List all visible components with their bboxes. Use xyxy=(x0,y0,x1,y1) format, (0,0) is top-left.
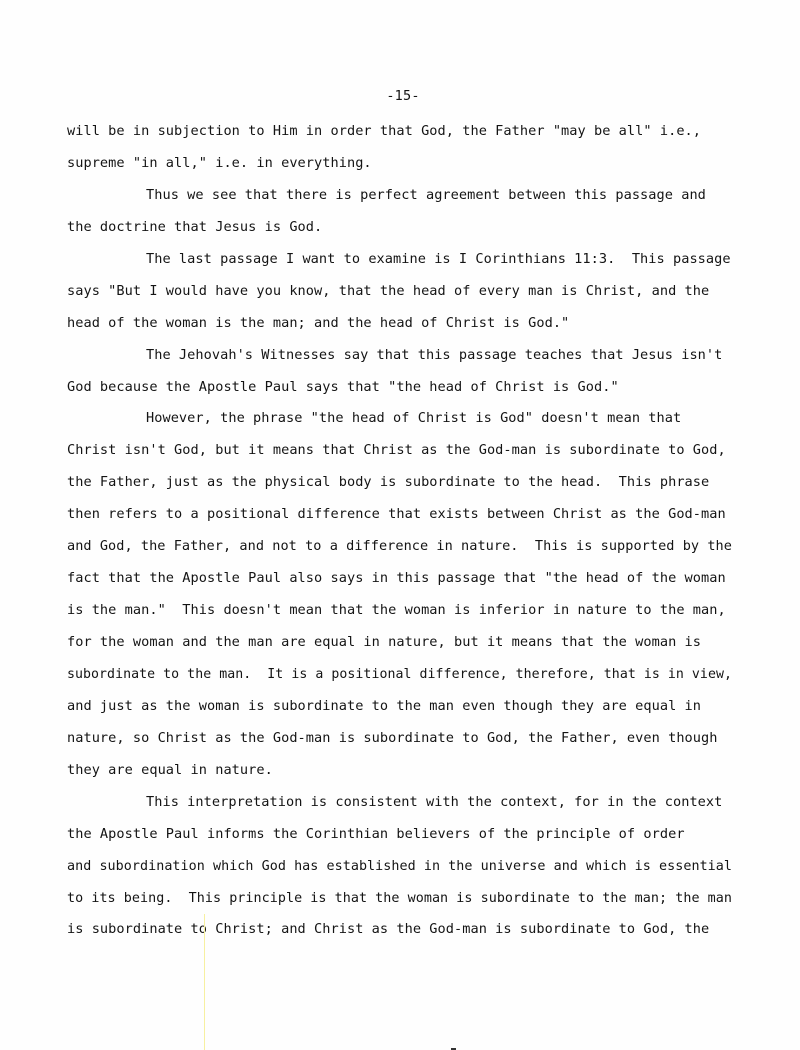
highlight-mark xyxy=(204,914,205,1050)
text-line: head of the woman is the man; and the he… xyxy=(67,313,767,345)
text-line: nature, so Christ as the God-man is subo… xyxy=(67,728,767,760)
text-line: God because the Apostle Paul says that "… xyxy=(67,377,767,409)
text-line: fact that the Apostle Paul also says in … xyxy=(67,568,767,600)
text-line: and just as the woman is subordinate to … xyxy=(67,696,767,728)
text-line: for the woman and the man are equal in n… xyxy=(67,632,767,664)
text-line: the Apostle Paul informs the Corinthian … xyxy=(67,824,767,856)
paragraph-first-line: This interpretation is consistent with t… xyxy=(67,792,767,824)
text-line: they are equal in nature. xyxy=(67,760,767,792)
body-text: will be in subjection to Him in order th… xyxy=(67,121,767,951)
text-line: and subordination which God has establis… xyxy=(67,856,767,888)
text-line: subordinate to the man. It is a position… xyxy=(67,664,767,696)
paragraph-first-line: Thus we see that there is perfect agreem… xyxy=(67,185,767,217)
paragraph-first-line: The Jehovah's Witnesses say that this pa… xyxy=(67,345,767,377)
text-line: will be in subjection to Him in order th… xyxy=(67,121,767,153)
page-number: -15- xyxy=(0,88,800,104)
text-line: and God, the Father, and not to a differ… xyxy=(67,536,767,568)
text-line: then refers to a positional difference t… xyxy=(67,504,767,536)
text-line: the Father, just as the physical body is… xyxy=(67,472,767,504)
text-line: is subordinate to Christ; and Christ as … xyxy=(67,919,767,951)
text-line: supreme "in all," i.e. in everything. xyxy=(67,153,767,185)
text-line: is the man." This doesn't mean that the … xyxy=(67,600,767,632)
text-line: the doctrine that Jesus is God. xyxy=(67,217,767,249)
text-line: says "But I would have you know, that th… xyxy=(67,281,767,313)
text-line: to its being. This principle is that the… xyxy=(67,888,767,920)
paragraph-first-line: However, the phrase "the head of Christ … xyxy=(67,408,767,440)
paragraph-first-line: The last passage I want to examine is I … xyxy=(67,249,767,281)
text-line: Christ isn't God, but it means that Chri… xyxy=(67,440,767,472)
document-page: -15- will be in subjection to Him in ord… xyxy=(0,0,800,1050)
